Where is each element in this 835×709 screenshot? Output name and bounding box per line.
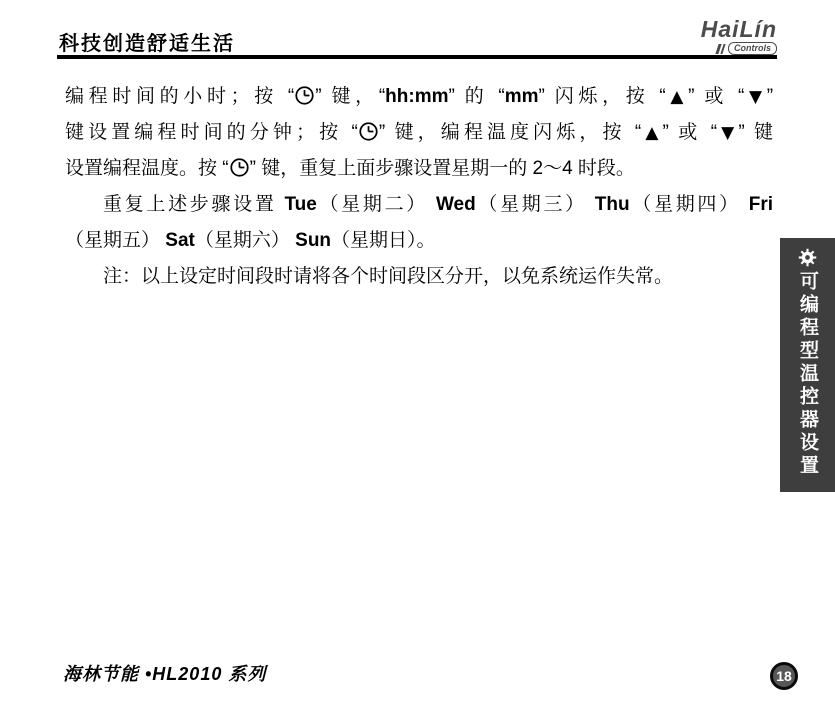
down-triangle-icon: ▼ xyxy=(744,87,766,107)
text-segment: hh:mm xyxy=(385,86,448,107)
down-triangle-icon: ▼ xyxy=(717,123,738,143)
text-segment: ” 键，“ xyxy=(315,86,385,107)
text-segment: ” xyxy=(767,86,773,107)
header-slogan: 科技创造舒适生活 xyxy=(59,27,235,56)
up-triangle-icon: ▲ xyxy=(666,87,688,107)
body-line: 键设置编程时间的分钟；按 “ ” 键，编程温度闪烁，按 “▲” 或 “▼” 键 xyxy=(65,115,773,151)
brand-sub-label: Controls xyxy=(728,42,777,55)
text-segment: （星期三） xyxy=(476,194,595,215)
text-segment: ” 或 “ xyxy=(688,86,744,107)
text-segment: 注：以上设定时间段时请将各个时间段区分开，以免系统运作失常。 xyxy=(103,266,673,287)
body-line: 设置编程温度。按 “ ” 键，重复上面步骤设置星期一的 2～4 时段。 xyxy=(65,151,773,187)
brand-controls-band: Controls xyxy=(717,42,777,55)
clock-icon xyxy=(358,121,379,142)
text-segment: Tue xyxy=(284,194,316,215)
text-segment: （星期四） xyxy=(630,194,749,215)
body-line: （星期五） Sat（星期六） Sun（星期日）。 xyxy=(65,223,773,259)
manual-page: 科技创造舒适生活 HaiLín Controls 编程时间的小时；按 “ ” 键… xyxy=(0,0,835,709)
text-segment: ” 闪烁，按 “ xyxy=(538,86,665,107)
text-segment: Sat xyxy=(165,230,195,251)
clock-icon xyxy=(229,157,250,178)
brand-logo: HaiLín Controls xyxy=(701,18,777,55)
text-segment: ” 或 “ xyxy=(663,122,718,143)
clock-icon xyxy=(294,85,315,106)
text-segment: 重复上述步骤设置 xyxy=(103,194,284,215)
text-segment: ” 的 “ xyxy=(448,86,504,107)
body-text: 编程时间的小时；按 “ ” 键，“hh:mm” 的 “mm” 闪烁，按 “▲” … xyxy=(65,79,773,295)
text-segment: 时段。 xyxy=(573,158,635,179)
up-triangle-icon: ▲ xyxy=(641,123,662,143)
text-segment: ” 键 xyxy=(738,122,773,143)
text-segment: （星期二） xyxy=(317,194,436,215)
header-rule xyxy=(57,55,777,59)
text-segment: Thu xyxy=(595,194,630,215)
text-segment: （星期日）。 xyxy=(331,230,436,251)
text-segment: （星期六） xyxy=(195,230,295,251)
text-segment: 2～4 xyxy=(533,158,573,179)
text-segment: 键设置编程时间的分钟；按 “ xyxy=(65,122,358,143)
body-line: 编程时间的小时；按 “ ” 键，“hh:mm” 的 “mm” 闪烁，按 “▲” … xyxy=(65,79,773,115)
body-line: 注：以上设定时间段时请将各个时间段区分开，以免系统运作失常。 xyxy=(65,259,773,295)
text-segment: Fri xyxy=(749,194,773,215)
text-segment: （星期五） xyxy=(65,230,165,251)
gear-icon xyxy=(797,247,818,268)
footer-series: 海林节能 •HL2010 系列 xyxy=(63,660,266,686)
brand-name: HaiLín xyxy=(701,18,777,40)
text-segment: 编程时间的小时；按 “ xyxy=(65,86,294,107)
text-segment: 设置编程温度。按 “ xyxy=(65,158,229,179)
text-segment: ” 键，编程温度闪烁，按 “ xyxy=(379,122,641,143)
side-tab-label: 可编程型温控器设置 xyxy=(794,271,821,478)
body-line: 重复上述步骤设置 Tue（星期二） Wed（星期三） Thu（星期四） Fri xyxy=(65,187,773,223)
text-segment: Sun xyxy=(295,230,331,251)
page-number-badge: 18 xyxy=(770,662,798,690)
side-tab: 可编程型温控器设置 xyxy=(780,238,835,492)
text-segment: Wed xyxy=(436,194,476,215)
text-segment: mm xyxy=(505,86,539,107)
text-segment: ” 键，重复上面步骤设置星期一的 xyxy=(250,158,533,179)
